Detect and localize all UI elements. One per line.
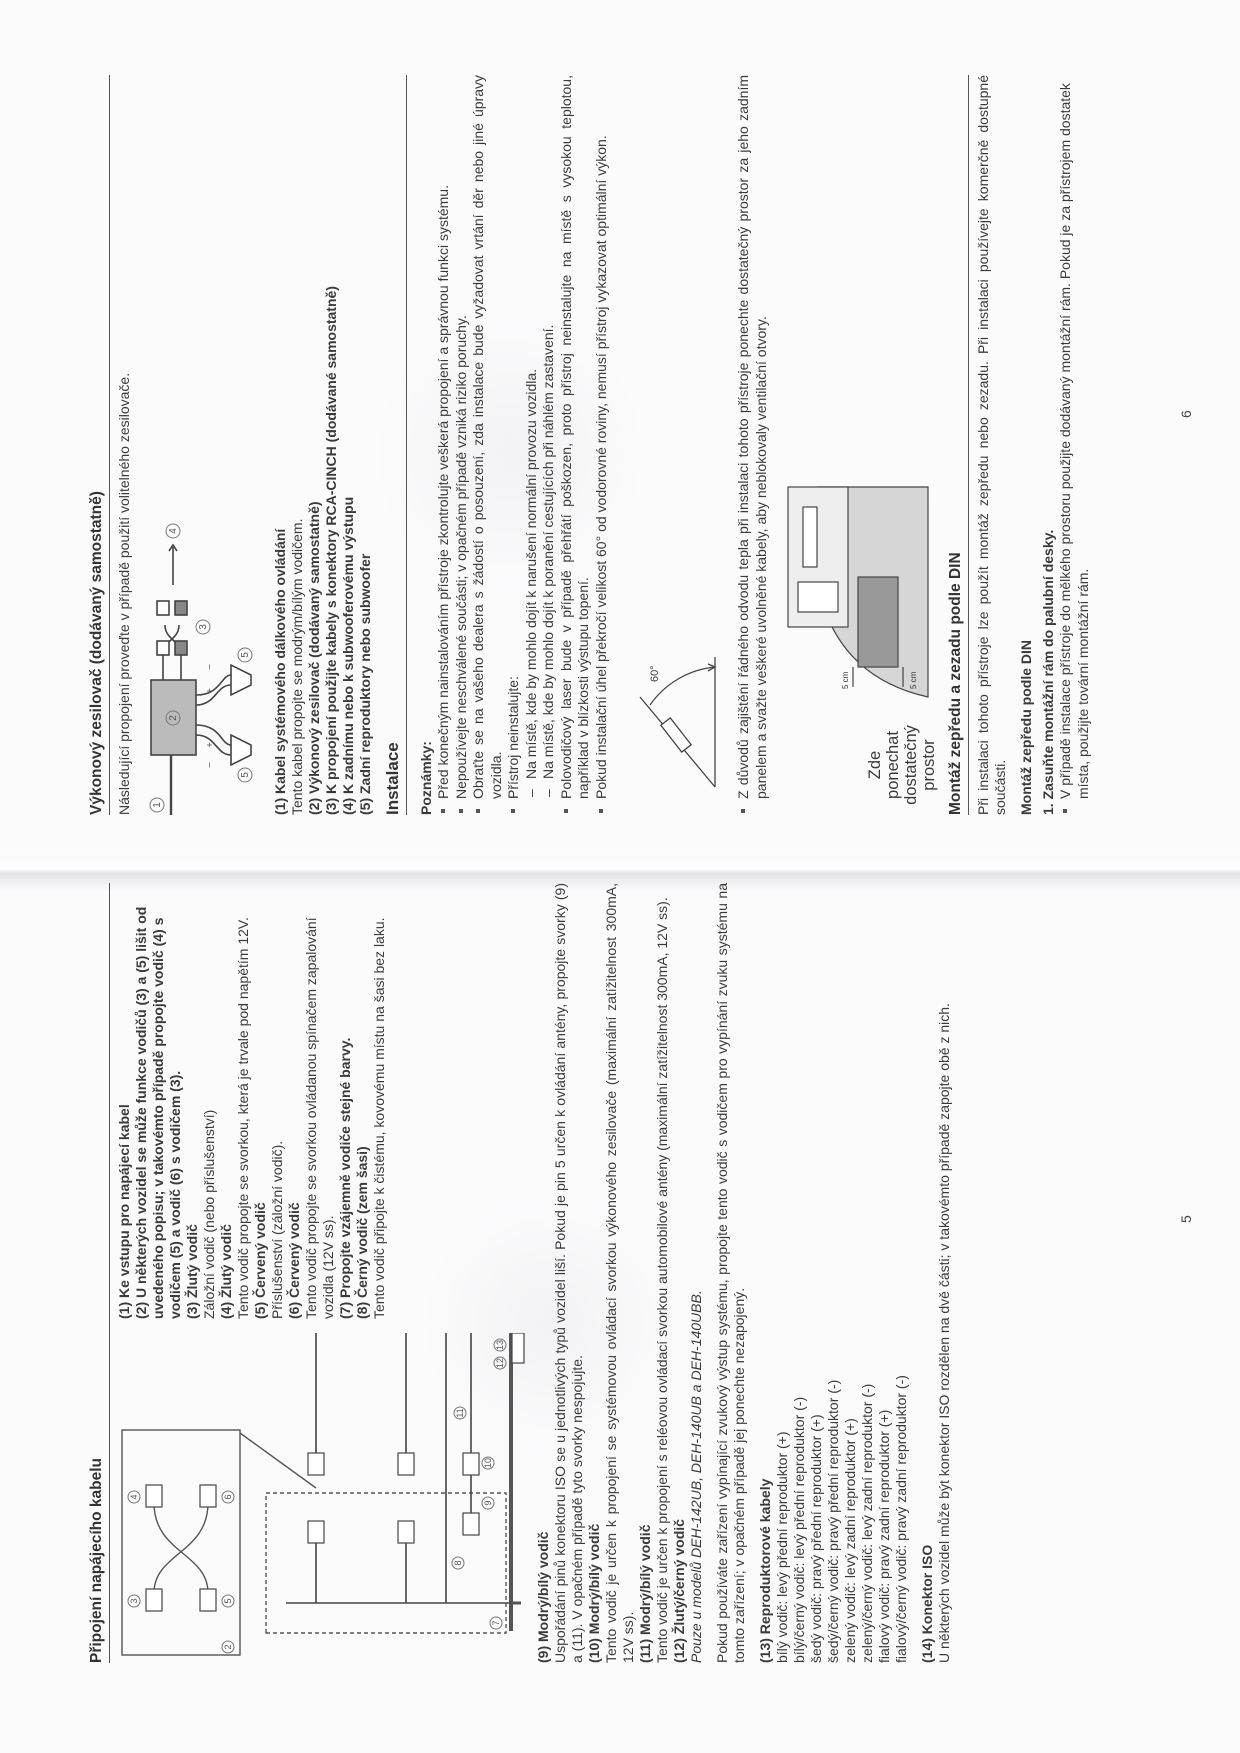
wire-heading: (10) Modrý/bílý vodič — [586, 883, 603, 1663]
amplifier-legend-item: Tento kabel propojte se modrým/bílým vod… — [289, 75, 306, 815]
legend-item: (5) Červený vodič — [252, 883, 269, 1319]
mute-paragraph: Pokud používáte zařízení vypínající zvuk… — [714, 883, 748, 1663]
svg-text:11: 11 — [455, 1408, 465, 1417]
legend-item: Příslušenství (záložní vodič). — [269, 883, 286, 1319]
note-subitem: Na místě, kde by mohlo dojít k poranění … — [540, 75, 558, 797]
svg-text:5: 5 — [240, 652, 251, 658]
svg-text:6: 6 — [223, 1494, 233, 1499]
svg-text:3: 3 — [198, 624, 209, 630]
speaker-cables-heading: (13) Reproduktorové kabely — [757, 883, 774, 1663]
svg-text:10: 10 — [483, 1458, 493, 1468]
speaker-cable-item: šedý vodič: pravý přední reproduktor (+) — [808, 883, 825, 1663]
speaker-cable-item: šedý/černý vodič: pravý přední reprodukt… — [825, 883, 842, 1663]
page-5: Připojení napájecího kabelu — [0, 873, 1240, 1753]
svg-text:+: + — [205, 742, 216, 748]
din-mounting-text: Při instalaci tohoto přístroje lze použí… — [975, 75, 1009, 815]
wire-description: Tento vodič je určen k propojení s reléo… — [654, 883, 671, 1663]
amplifier-legend-item: (4) K zadnímu nebo k subwooferovému výst… — [340, 75, 357, 815]
legend-item: (1) Ke vstupu pro napájecí kabel — [116, 883, 133, 1319]
amplifier-connection-diagram: 1 2 3 4 5 5 + − + − — [141, 485, 261, 815]
note-item: Pokud instalační úhel překročí velikost … — [593, 75, 611, 815]
svg-text:5: 5 — [240, 772, 251, 778]
svg-text:2: 2 — [168, 715, 179, 721]
svg-text:1: 1 — [152, 802, 163, 808]
installation-notes-sub: Na místě, kde by mohlo dojít k narušení … — [523, 75, 558, 815]
amplifier-legend: (1) Kabel systémového dálkového ovládání… — [272, 75, 374, 815]
amplifier-title: Výkonový zesilovač (dodávaný samostatně) — [88, 75, 110, 815]
svg-text:13: 13 — [495, 1340, 505, 1350]
legend-item: (8) Černý vodič (zem šasi) — [354, 883, 371, 1319]
note-item: Před konečným nainstalováním přístroje z… — [435, 75, 453, 815]
power-cable-legend: (1) Ke vstupu pro napájecí kabel(2) U ně… — [116, 883, 526, 1319]
iso-connector-text: U některých vozidel může být konektor IS… — [936, 883, 953, 1663]
note-item: Obraťte se na vašeho dealera s žádostí o… — [470, 75, 505, 815]
svg-text:12: 12 — [495, 1358, 505, 1368]
mounting-angle-diagram: 60° — [620, 597, 720, 797]
legend-item: (2) U některých vozidel se může funkce v… — [133, 883, 184, 1319]
space-label: Zde ponechat dostatečný prostor — [866, 715, 938, 815]
note-item: Nepoužívejte neschválené součásti; v opa… — [453, 75, 471, 815]
legend-item: Tento vodič připojte k čistému, kovovému… — [371, 883, 388, 1319]
legend-item: (3) Žlutý vodič — [184, 883, 201, 1319]
speaker-cable-item: bílý vodič: levý přední reproduktor (+) — [774, 883, 791, 1663]
svg-text:5 cm: 5 cm — [841, 671, 850, 689]
amplifier-legend-item: (5) Zadní reproduktory nebo subwoofer — [357, 75, 374, 815]
notes-heading: Poznámky: — [418, 75, 435, 815]
wire-description: Uspořádání pinů konektoru ISO se u jedno… — [552, 883, 586, 1663]
note-item: Přístroj neinstalujte: — [505, 75, 523, 815]
svg-text:9: 9 — [483, 1500, 493, 1505]
power-cable-title: Připojení napájecího kabelu — [88, 883, 110, 1663]
legend-item: (4) Žlutý vodič — [218, 883, 235, 1319]
wire-heading: (12) Žlutý/černý vodič — [671, 883, 688, 1663]
amplifier-legend-item: (2) Výkonový zesilovač (dodávaný samosta… — [306, 75, 323, 815]
svg-text:2: 2 — [223, 1644, 233, 1649]
svg-text:3: 3 — [129, 1598, 139, 1603]
heat-note-list: Z důvodů zajištění řádného odvodu tepla … — [735, 75, 770, 815]
manual-spread: Připojení napájecího kabelu — [0, 0, 1240, 1753]
installation-notes: Před konečným nainstalováním přístroje z… — [435, 75, 523, 815]
legend-item: Tento vodič propojte se svorkou, která j… — [235, 883, 252, 1319]
svg-text:8: 8 — [453, 1560, 463, 1565]
svg-text:4: 4 — [129, 1494, 139, 1499]
wire-descriptions: (9) Modrý/bílý vodičUspořádání pinů kone… — [535, 883, 705, 1663]
speaker-cable-list: bílý vodič: levý přední reproduktor (+)b… — [774, 883, 910, 1663]
installation-notes-more: Polovodičový laser bude v případě přehřá… — [558, 75, 611, 815]
amplifier-legend-item: (3) K propojení použijte kabely s konekt… — [323, 75, 340, 815]
page-number: 5 — [1178, 1215, 1194, 1223]
page-number: 6 — [1178, 410, 1194, 418]
step-1-note: V případě instalace přístroje do mělkého… — [1057, 75, 1092, 815]
wire-heading: (11) Modrý/bílý vodič — [637, 883, 654, 1663]
installation-title: Instalace — [383, 75, 407, 815]
svg-text:+: + — [205, 688, 216, 694]
front-mounting-title: Montáž zepředu podle DIN — [1018, 75, 1035, 815]
legend-item: (6) Červený vodič — [286, 883, 303, 1319]
wire-heading: (9) Modrý/bílý vodič — [535, 883, 552, 1663]
svg-text:−: − — [205, 664, 216, 670]
step-1-notes: V případě instalace přístroje do mělkého… — [1057, 75, 1092, 815]
legend-item: (7) Propojte vzájemně vodiče stejné barv… — [337, 883, 354, 1319]
speaker-cable-item: zelený/černý vodič: levý zadní reprodukt… — [859, 883, 876, 1663]
iso-connector-heading: (14) Konektor ISO — [919, 883, 936, 1663]
svg-text:60°: 60° — [649, 665, 661, 682]
legend-item: Tento vodič propojte se svorkou ovládano… — [303, 883, 337, 1319]
power-cable-wiring-diagram: 2 3 4 5 6 7 8 9 10 11 12 13 — [116, 1333, 526, 1663]
note-item: Polovodičový laser bude v případě přehřá… — [558, 75, 593, 815]
heat-note: Z důvodů zajištění řádného odvodu tepla … — [735, 75, 770, 815]
svg-text:−: − — [205, 762, 216, 768]
wire-description: Pouze u modelů DEH-142UB, DEH-140UB a DE… — [688, 883, 705, 1663]
rear-clearance-diagram: 5 cm 5 cm — [778, 477, 938, 707]
svg-text:5: 5 — [223, 1598, 233, 1603]
svg-text:4: 4 — [168, 528, 179, 534]
legend-item: Záložní vodič (nebo příslušenství) — [201, 883, 218, 1319]
amplifier-intro: Následující propojení proveďte v případě… — [116, 75, 133, 815]
speaker-cable-item: fialový/černý vodič: pravý zadní reprodu… — [893, 883, 910, 1663]
din-mounting-title: Montáž zepředu a zezadu podle DIN — [947, 75, 969, 815]
page-6: Výkonový zesilovač (dodávaný samostatně)… — [0, 0, 1240, 873]
speaker-cable-item: zelený vodič: levý zadní reproduktor (+) — [842, 883, 859, 1663]
note-subitem: Na místě, kde by mohlo dojít k narušení … — [523, 75, 541, 797]
amplifier-legend-item: (1) Kabel systémového dálkového ovládání — [272, 75, 289, 815]
svg-text:7: 7 — [491, 1620, 501, 1625]
speaker-cable-item: bílý/černý vodič: levý přední reprodukto… — [791, 883, 808, 1663]
speaker-cable-item: fialový vodič: pravý zadní reproduktor (… — [876, 883, 893, 1663]
step-1: 1. Zasuňte montážní rám do palubní desky… — [1040, 75, 1057, 815]
wire-description: Tento vodič je určen k propojení se syst… — [603, 883, 637, 1663]
svg-text:5 cm: 5 cm — [909, 671, 918, 689]
